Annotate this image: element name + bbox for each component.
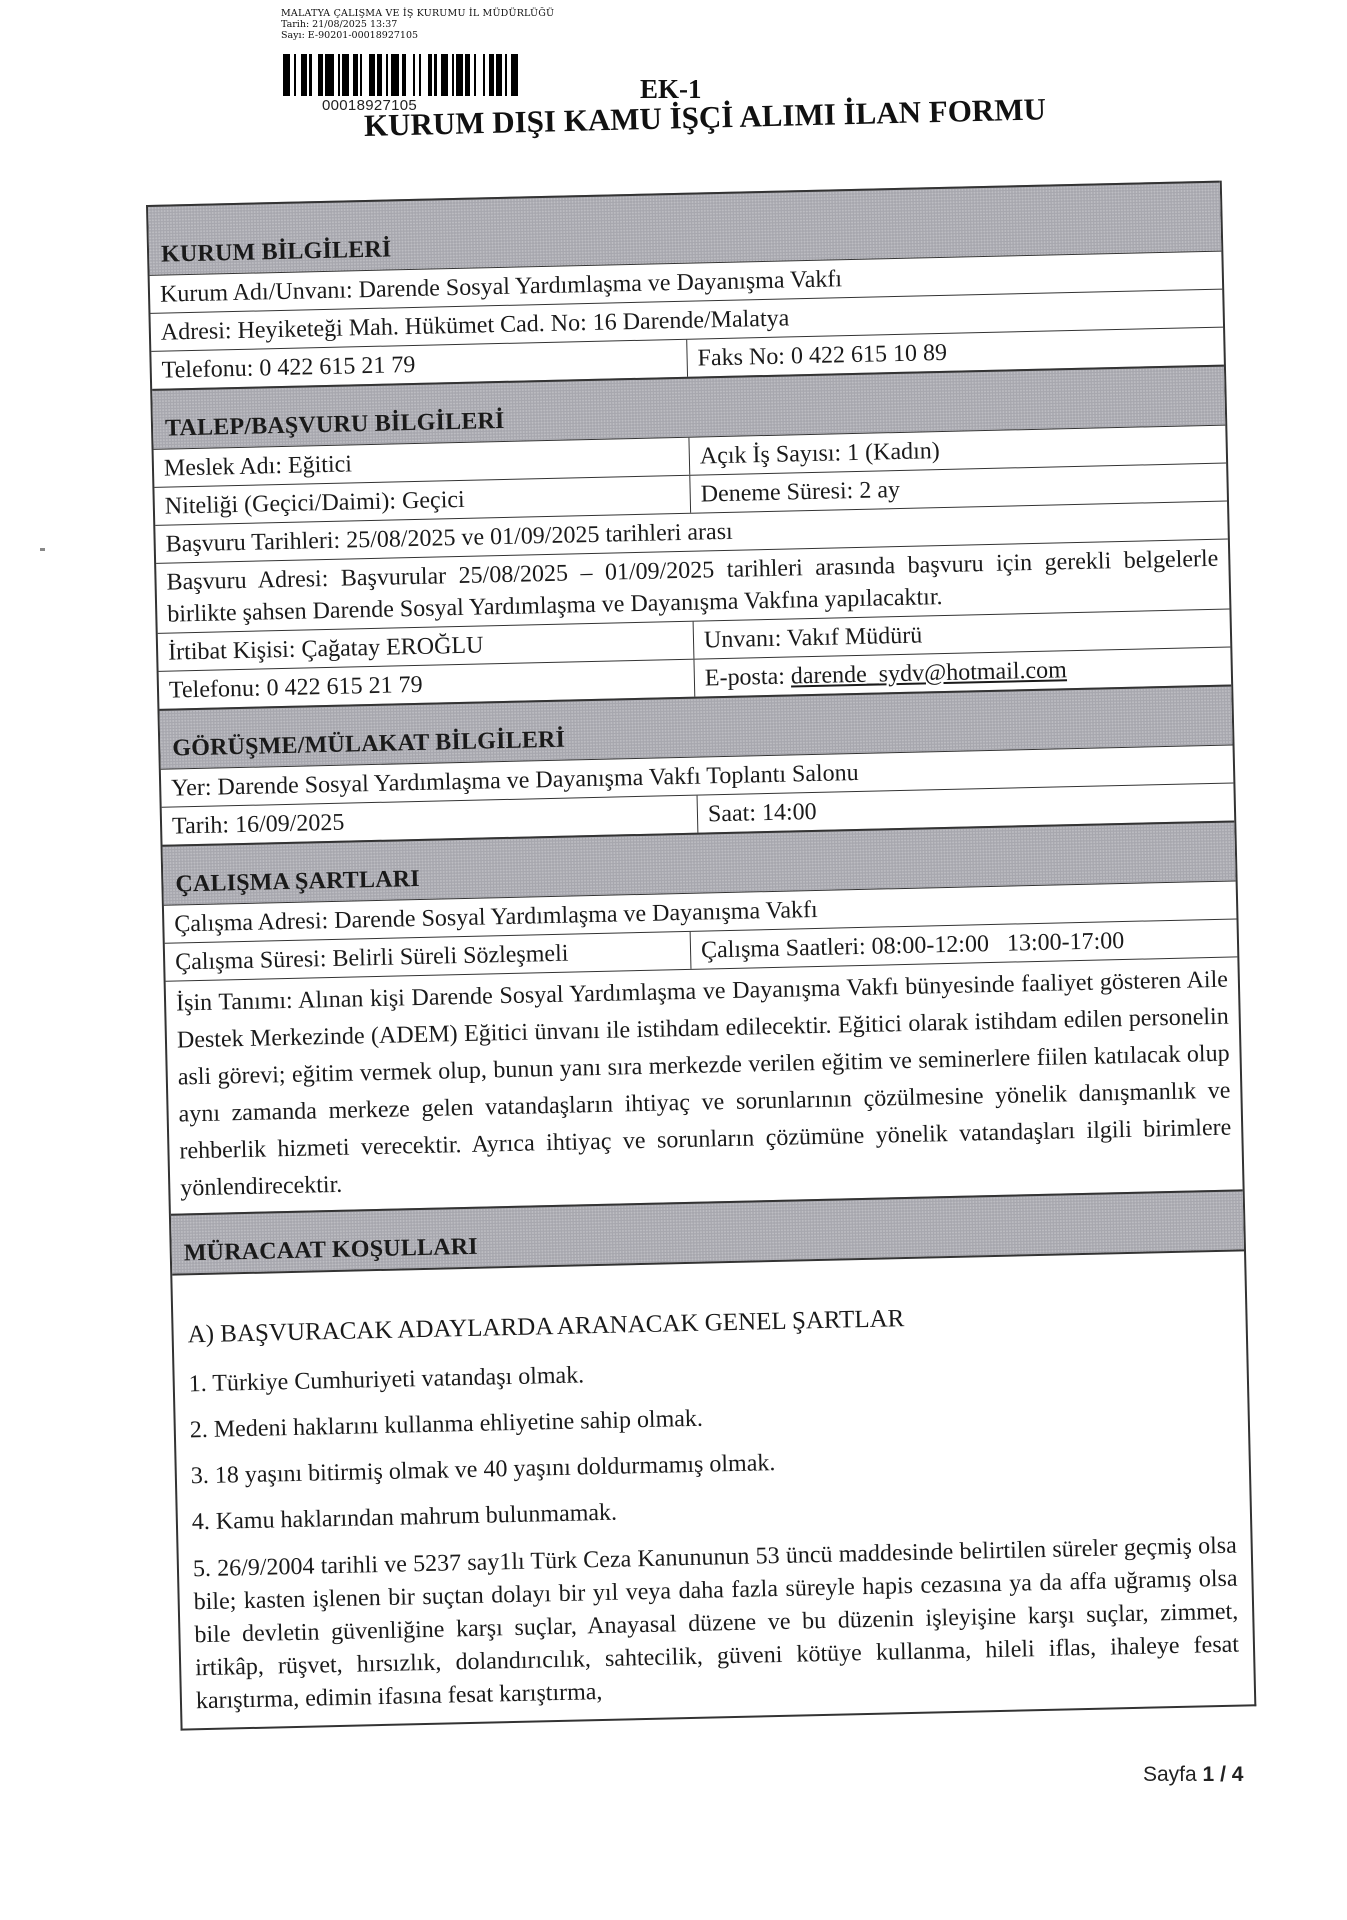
document-stamp: MALATYA ÇALIŞMA VE İŞ KURUMU İL MÜDÜRLÜĞ… xyxy=(281,8,554,41)
application-conditions: A) BAŞVURACAK ADAYLARDA ARANACAK GENEL Ş… xyxy=(172,1249,1254,1728)
section-title: KURUM BİLGİLERİ xyxy=(161,236,392,268)
page-title: KURUM DIŞI KAMU İŞÇİ ALIMI İLAN FORMU xyxy=(364,91,1047,144)
conditions-subheading: A) BAŞVURACAK ADAYLARDA ARANACAK GENEL Ş… xyxy=(187,1298,1231,1350)
condition-item: 1. Türkiye Cumhuriyeti vatandaşı olmak. xyxy=(188,1346,1232,1401)
condition-item: 4. Kamu haklarından mahrum bulunmamak. xyxy=(192,1484,1236,1539)
page-number: Sayfa 1 / 4 xyxy=(1143,1763,1243,1787)
section-title: MÜRACAAT KOŞULLARI xyxy=(184,1234,479,1268)
stamp-number: Sayı: E-90201-00018927105 xyxy=(281,30,554,41)
page-label: Sayfa xyxy=(1143,1763,1203,1786)
announcement-form: KURUM BİLGİLERİ Kurum Adı/Unvanı: Darend… xyxy=(146,181,1256,1731)
scan-mark xyxy=(40,548,45,551)
section-title: GÖRÜŞME/MÜLAKAT BİLGİLERİ xyxy=(172,727,565,763)
condition-item: 3. 18 yaşını bitirmiş olmak ve 40 yaşını… xyxy=(191,1438,1235,1493)
section-title: ÇALIŞMA ŞARTLARI xyxy=(175,866,420,899)
condition-item: 5. 26/9/2004 tarihli ve 5237 say1lı Türk… xyxy=(193,1530,1240,1719)
section-title: TALEP/BAŞVURU BİLGİLERİ xyxy=(165,408,505,443)
email-label: E-posta: xyxy=(705,663,792,691)
condition-item: 2. Medeni haklarını kullanma ehliyetine … xyxy=(189,1392,1233,1447)
page-total: 4 xyxy=(1232,1763,1244,1786)
email-link[interactable]: darende_sydv@hotmail.com xyxy=(791,657,1068,689)
stamp-date: Tarih: 21/08/2025 13:37 xyxy=(281,19,554,30)
barcode xyxy=(283,54,573,96)
stamp-institution: MALATYA ÇALIŞMA VE İŞ KURUMU İL MÜDÜRLÜĞ… xyxy=(281,8,554,19)
page-separator: / xyxy=(1214,1763,1232,1786)
page-current: 1 xyxy=(1203,1763,1215,1786)
job-description: İşin Tanımı: Alınan kişi Darende Sosyal … xyxy=(166,957,1243,1213)
